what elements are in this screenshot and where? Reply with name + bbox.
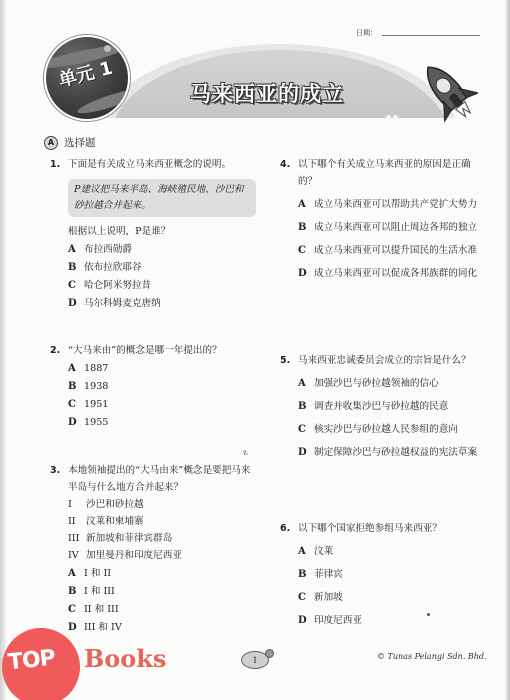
option-c[interactable]: C哈仑阿米努拉昔 xyxy=(68,277,256,294)
option-b[interactable]: B成立马来西亚可以阻止周边各邦的独立 xyxy=(298,219,485,236)
option-b[interactable]: B菲律宾 xyxy=(298,566,485,583)
rocket-icon xyxy=(418,56,478,126)
question-number: 4. xyxy=(280,156,298,190)
question-4: 4. 以下哪个有关成立马来西亚的原因是正确的？ A成立马来西亚可以帮助共产党扩大… xyxy=(280,156,485,282)
option-c[interactable]: C1951 xyxy=(68,396,256,413)
date-label: 日期： xyxy=(356,28,377,38)
section-header: A 选择题 xyxy=(44,135,96,150)
page-number-badge: 1 xyxy=(241,651,269,669)
quote-box: P建议把马来半岛、海峡殖民地、沙巴和砂拉越合并起来。 xyxy=(68,179,256,217)
watermark-top-text: TOP xyxy=(7,646,56,676)
option-c[interactable]: C新加坡 xyxy=(298,589,485,606)
question-number: 3. xyxy=(50,462,68,496)
question-stem: 以下哪个有关成立马来西亚的原因是正确的？ xyxy=(298,156,485,190)
option-a[interactable]: A1887 xyxy=(68,360,256,377)
copyright-notice: © Tunas Pelangi Sdn. Bhd. xyxy=(377,652,487,661)
question-stem: 下面是有关成立马来西亚概念的说明。 xyxy=(68,156,256,173)
option-b[interactable]: B1938 xyxy=(68,378,256,395)
question-number: 6. xyxy=(280,520,298,537)
option-d[interactable]: DIII 和 IV xyxy=(68,619,256,636)
question-stem: 以下哪个国家拒绝参组马来西亚？ xyxy=(298,520,485,537)
ink-dot xyxy=(427,613,430,616)
option-d[interactable]: D制定保障沙巴与砂拉越权益的宪法草案 xyxy=(298,444,485,461)
option-d[interactable]: D1955 xyxy=(68,414,256,431)
option-d[interactable]: D印度尼西亚 xyxy=(298,612,485,629)
section-title: 选择题 xyxy=(64,135,96,150)
question-2: 2. “大马来由”的概念是哪一年提出的？ A1887 B1938 C1951 D… xyxy=(50,342,256,431)
option-d[interactable]: D成立马来西亚可以促成各邦族群的同化 xyxy=(298,265,485,282)
date-blank-line xyxy=(382,35,480,36)
option-b[interactable]: B调查并收集沙巴与砂拉越的民意 xyxy=(298,398,485,415)
topbooks-watermark-logo: TOP xyxy=(0,628,90,700)
option-a[interactable]: A成立马来西亚可以帮助共产党扩大势力 xyxy=(298,196,485,213)
question-1: 1. 下面是有关成立马来西亚概念的说明。 P建议把马来半岛、海峡殖民地、沙巴和砂… xyxy=(50,156,256,312)
question-number: 5. xyxy=(280,352,298,369)
section-badge: A xyxy=(44,136,58,150)
watermark-books-text: Books xyxy=(84,644,166,673)
option-a[interactable]: A加强沙巴与砂拉越领袖的信心 xyxy=(298,375,485,392)
question-stem: “大马来由”的概念是哪一年提出的？ xyxy=(68,342,256,359)
statement-iii: III新加坡和菲律宾群岛 xyxy=(68,530,256,547)
option-b[interactable]: B依布拉欣耶谷 xyxy=(68,259,256,276)
page-edge-shadow-right xyxy=(505,0,510,700)
question-number: 1. xyxy=(50,156,68,173)
option-a[interactable]: AI 和 II xyxy=(68,565,256,582)
question-5: 5. 马来西亚忠诚委员会成立的宗旨是什么？ A加强沙巴与砂拉越领袖的信心 B调查… xyxy=(280,352,485,461)
question-stem: 马来西亚忠诚委员会成立的宗旨是什么？ xyxy=(298,352,485,369)
question-number: 2. xyxy=(50,342,68,359)
option-d[interactable]: D马尔科姆麦克唐纳 xyxy=(68,295,256,312)
statement-iv: IV加里曼丹和印度尼西亚 xyxy=(68,547,256,564)
option-c[interactable]: C成立马来西亚可以提升国民的生活水准 xyxy=(298,242,485,259)
chapter-title: 马来西亚的成立 xyxy=(190,78,370,108)
option-a[interactable]: A布拉西勋爵 xyxy=(68,241,256,258)
page-edge-shadow-left xyxy=(0,0,6,700)
option-b[interactable]: BI 和 III xyxy=(68,583,256,600)
statement-ii: II汶莱和柬埔寨 xyxy=(68,513,256,530)
question-6: 6. 以下哪个国家拒绝参组马来西亚？ A汶莱 B菲律宾 C新加坡 D印度尼西亚 xyxy=(280,520,485,629)
question-prompt: 根据以上说明，P是谁？ xyxy=(68,223,256,240)
statement-i: I沙巴和砂拉越 xyxy=(68,496,256,513)
date-field: 日期： xyxy=(356,28,480,38)
pen-mark: ƨ xyxy=(241,448,250,459)
option-a[interactable]: A汶莱 xyxy=(298,543,485,560)
option-c[interactable]: C核实沙巴与砂拉越人民参组的意向 xyxy=(298,421,485,438)
question-stem: 本地领袖提出的“大马由来”概念是要把马来半岛与什么地方合并起来？ xyxy=(68,462,256,496)
banner-dots xyxy=(386,105,400,124)
option-c[interactable]: CII 和 III xyxy=(68,601,256,618)
question-3: 3. 本地领袖提出的“大马由来”概念是要把马来半岛与什么地方合并起来？ I沙巴和… xyxy=(50,462,256,636)
